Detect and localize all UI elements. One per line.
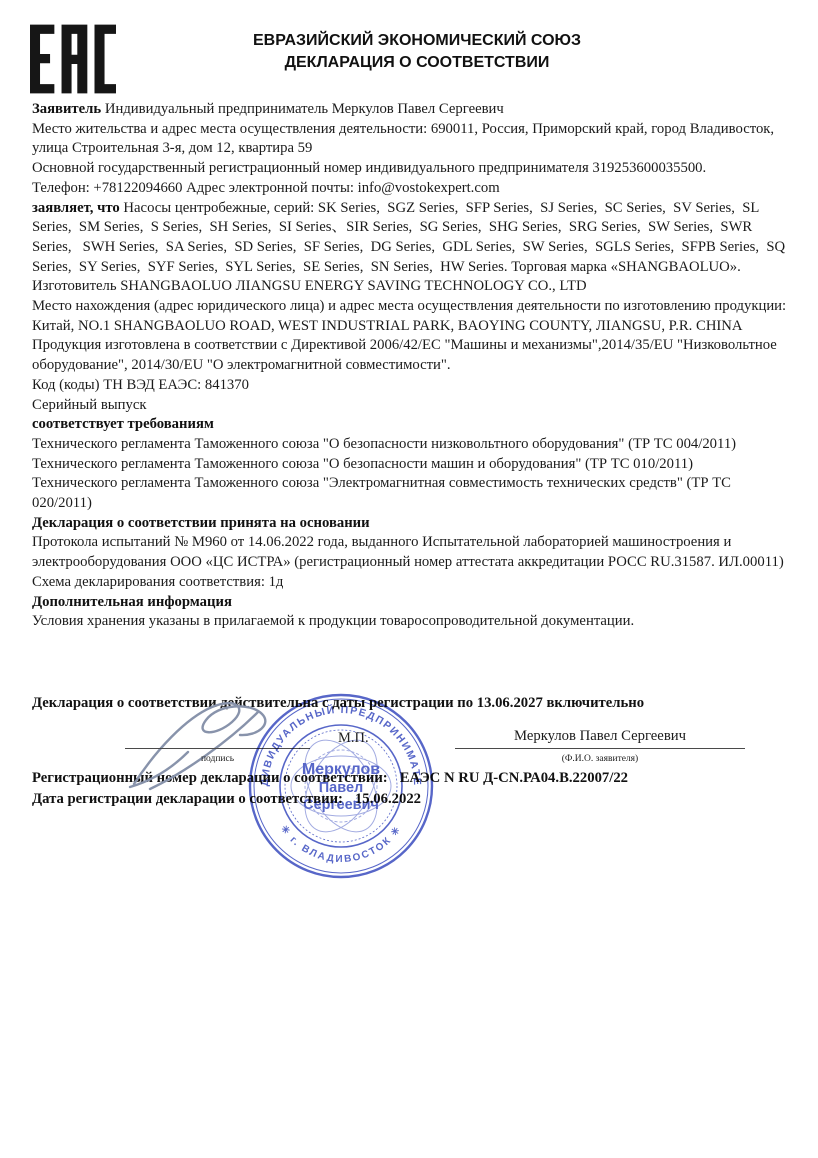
applicant-paragraph: Заявитель Индивидуальный предприниматель…: [32, 100, 788, 120]
residence-line: Место жительства и адрес места осуществл…: [32, 120, 788, 159]
registration-date-label: Дата регистрации декларации о соответств…: [32, 791, 343, 807]
registration-number-line: Регистрационный номер декларации о соотв…: [32, 768, 788, 789]
stamp-bottom-arc-text: ✳ г. ВЛАДИВОСТОК ✳: [278, 824, 404, 865]
svg-text:✳ г. ВЛАДИВОСТОК ✳: ✳ г. ВЛАДИВОСТОК ✳: [278, 824, 404, 865]
signature-rule: [125, 748, 310, 749]
additional-text: Условия хранения указаны в прилагаемой к…: [32, 612, 788, 632]
complies-heading: соответствует требованиям: [32, 415, 788, 435]
seal-place-mark: М.П.: [338, 729, 369, 748]
manufacturer-address-line: Место нахождения (адрес юридического лиц…: [32, 297, 788, 376]
applicant-name: Меркулов Павел Сергеевич: [455, 727, 745, 746]
declares-text: Насосы центробежные, серий: SK Series, S…: [32, 200, 789, 275]
contact-line: Телефон: +78122094660 Адрес электронной …: [32, 179, 788, 199]
document-header: ЕВРАЗИЙСКИЙ ЭКОНОМИЧЕСКИЙ СОЮЗ ДЕКЛАРАЦИ…: [8, 0, 818, 74]
serial-line: Серийный выпуск: [32, 396, 788, 416]
regulation-3: Технического регламента Таможенного союз…: [32, 474, 788, 513]
fio-rule: [455, 748, 745, 749]
signature-caption: подпись: [125, 750, 310, 769]
declares-paragraph: заявляет, что Насосы центробежные, серий…: [32, 199, 788, 278]
registration-number-value: ЕАЭС N RU Д-CN.РА04.В.22007/22: [400, 770, 628, 786]
document-body: Заявитель Индивидуальный предприниматель…: [32, 100, 788, 632]
declares-label: заявляет, что: [32, 200, 120, 216]
registration-number-label: Регистрационный номер декларации о соотв…: [32, 770, 388, 786]
declaration-page: ЕВРАЗИЙСКИЙ ЭКОНОМИЧЕСКИЙ СОЮЗ ДЕКЛАРАЦИ…: [0, 0, 818, 1158]
fio-caption: (Ф.И.О. заявителя): [455, 750, 745, 769]
registration-block: Декларация о соответствии действительна …: [32, 694, 788, 810]
union-title: ЕВРАЗИЙСКИЙ ЭКОНОМИЧЕСКИЙ СОЮЗ: [8, 30, 818, 52]
tnved-line: Код (коды) ТН ВЭД ЕАЭС: 841370: [32, 376, 788, 396]
signature-area: подпись М.П. Меркулов Павел Сергеевич (Ф…: [32, 718, 788, 768]
basis-heading: Декларация о соответствии принята на осн…: [32, 514, 788, 534]
validity-line: Декларация о соответствии действительна …: [32, 694, 788, 713]
scheme-line: Схема декларирования соответствия: 1д: [32, 573, 788, 593]
applicant-label: Заявитель: [32, 101, 101, 117]
applicant-text: Индивидуальный предприниматель Меркулов …: [101, 101, 504, 117]
basis-text: Протокола испытаний № М960 от 14.06.2022…: [32, 533, 788, 572]
additional-heading: Дополнительная информация: [32, 593, 788, 613]
regulation-1: Технического регламента Таможенного союз…: [32, 435, 788, 455]
manufacturer-line: Изготовитель SHANGBAOLUO ЛIANGSU ENERGY …: [32, 277, 788, 297]
document-title: ДЕКЛАРАЦИЯ О СООТВЕТСТВИИ: [8, 52, 818, 74]
registration-date-line: Дата регистрации декларации о соответств…: [32, 789, 788, 810]
ogrn-line: Основной государственный регистрационный…: [32, 159, 788, 179]
registration-date-value: 15.06.2022: [355, 791, 421, 807]
regulation-2: Технического регламента Таможенного союз…: [32, 455, 788, 475]
